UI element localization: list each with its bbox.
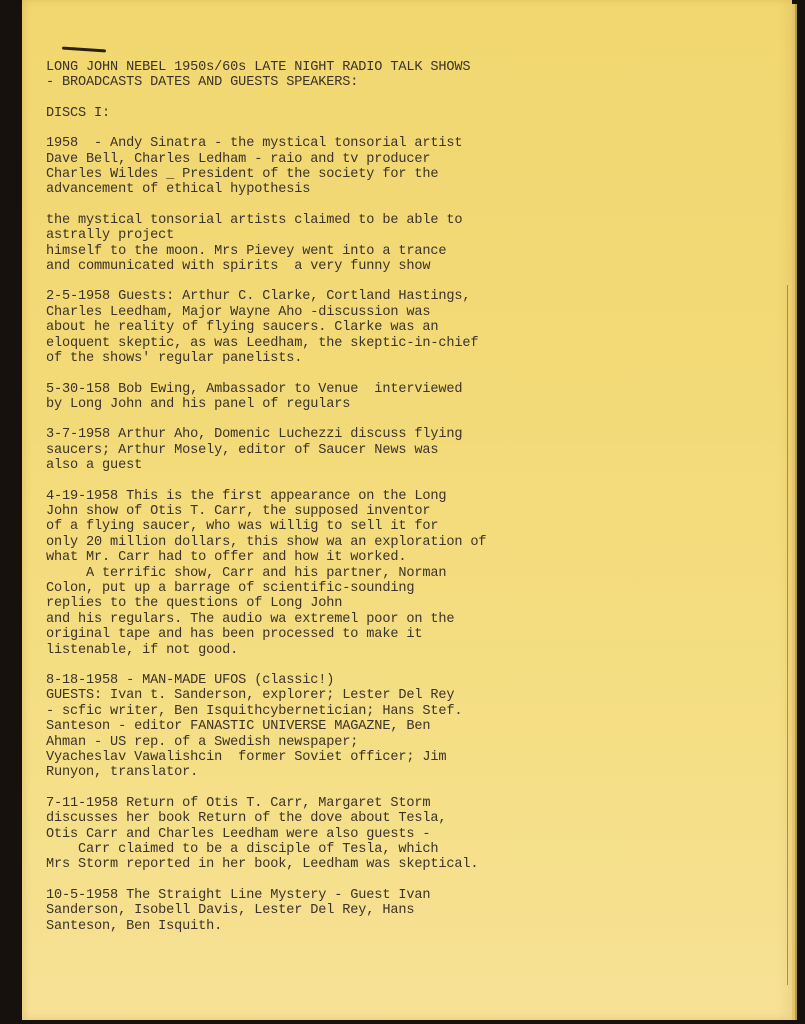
fold-crease	[787, 285, 788, 985]
entry-line: about he reality of flying saucers. Clar…	[46, 320, 746, 335]
entry-line: Vyacheslav Vawalishcin former Soviet off…	[46, 750, 746, 765]
broadcast-entry: 4-19-1958 This is the first appearance o…	[46, 489, 746, 658]
entry-line: A terrific show, Carr and his partner, N…	[46, 566, 746, 581]
entry-line: Carr claimed to be a disciple of Tesla, …	[46, 842, 746, 857]
entry-line: eloquent skeptic, as was Leedham, the sk…	[46, 336, 746, 351]
section-heading: DISCS I:	[46, 106, 746, 121]
title-line-2: - BROADCASTS DATES AND GUESTS SPEAKERS:	[46, 75, 746, 90]
entry-line: saucers; Arthur Mosely, editor of Saucer…	[46, 443, 746, 458]
entry-line: of a flying saucer, who was willig to se…	[46, 519, 746, 534]
entry-line: Santeson, Ben Isquith.	[46, 919, 746, 934]
entry-line: 2-5-1958 Guests: Arthur C. Clarke, Cortl…	[46, 289, 746, 304]
entry-line: Ahman - US rep. of a Swedish newspaper;	[46, 735, 746, 750]
entry-line: Charles Leedham, Major Wayne Aho -discus…	[46, 305, 746, 320]
entry-line: astrally project	[46, 228, 746, 243]
entry-line: Colon, put up a barrage of scientific-so…	[46, 581, 746, 596]
entry-line: himself to the moon. Mrs Pievey went int…	[46, 244, 746, 259]
entry-line: Sanderson, Isobell Davis, Lester Del Rey…	[46, 903, 746, 918]
entry-line: 1958 - Andy Sinatra - the mystical tonso…	[46, 136, 746, 151]
broadcast-entry: 7-11-1958 Return of Otis T. Carr, Margar…	[46, 796, 746, 873]
broadcast-entry: 5-30-158 Bob Ewing, Ambassador to Venue …	[46, 382, 746, 413]
entry-line: - scfic writer, Ben Isquithcybernetician…	[46, 704, 746, 719]
broadcast-entry: 10-5-1958 The Straight Line Mystery - Gu…	[46, 888, 746, 934]
entry-line: the mystical tonsorial artists claimed t…	[46, 213, 746, 228]
broadcast-entry: 8-18-1958 - MAN-MADE UFOS (classic!)GUES…	[46, 673, 746, 781]
entry-line: listenable, if not good.	[46, 643, 746, 658]
entry-line: 10-5-1958 The Straight Line Mystery - Gu…	[46, 888, 746, 903]
entry-line: John show of Otis T. Carr, the supposed …	[46, 504, 746, 519]
photo-scene: LONG JOHN NEBEL 1950s/60s LATE NIGHT RAD…	[0, 0, 805, 1024]
entry-line: what Mr. Carr had to offer and how it wo…	[46, 550, 746, 565]
section-heading-block: DISCS I:	[46, 106, 746, 121]
entry-line: original tape and has been processed to …	[46, 627, 746, 642]
entry-line: replies to the questions of Long John	[46, 596, 746, 611]
entry-line: by Long John and his panel of regulars	[46, 397, 746, 412]
title-line-1: LONG JOHN NEBEL 1950s/60s LATE NIGHT RAD…	[46, 60, 746, 75]
entry-line: only 20 million dollars, this show wa an…	[46, 535, 746, 550]
document-header: LONG JOHN NEBEL 1950s/60s LATE NIGHT RAD…	[46, 60, 746, 91]
entry-line: Dave Bell, Charles Ledham - raio and tv …	[46, 152, 746, 167]
entry-line: 4-19-1958 This is the first appearance o…	[46, 489, 746, 504]
entry-line: advancement of ethical hypothesis	[46, 182, 746, 197]
broadcast-entry: 1958 - Andy Sinatra - the mystical tonso…	[46, 136, 746, 198]
entries-list: 1958 - Andy Sinatra - the mystical tonso…	[46, 136, 746, 934]
entry-line: 5-30-158 Bob Ewing, Ambassador to Venue …	[46, 382, 746, 397]
entry-line: Charles Wildes _ President of the societ…	[46, 167, 746, 182]
entry-line: Otis Carr and Charles Leedham were also …	[46, 827, 746, 842]
entry-line: 7-11-1958 Return of Otis T. Carr, Margar…	[46, 796, 746, 811]
entry-line: Runyon, translator.	[46, 765, 746, 780]
entry-line: and his regulars. The audio wa extremel …	[46, 612, 746, 627]
entry-line: also a guest	[46, 458, 746, 473]
broadcast-entry: 3-7-1958 Arthur Aho, Domenic Luchezzi di…	[46, 427, 746, 473]
entry-line: 3-7-1958 Arthur Aho, Domenic Luchezzi di…	[46, 427, 746, 442]
entry-line: Mrs Storm reported in her book, Leedham …	[46, 857, 746, 872]
entry-line: and communicated with spirits a very fun…	[46, 259, 746, 274]
broadcast-entry: 2-5-1958 Guests: Arthur C. Clarke, Cortl…	[46, 289, 746, 366]
entry-line: discusses her book Return of the dove ab…	[46, 811, 746, 826]
entry-line: GUESTS: Ivan t. Sanderson, explorer; Les…	[46, 688, 746, 703]
entry-line: 8-18-1958 - MAN-MADE UFOS (classic!)	[46, 673, 746, 688]
typed-document: LONG JOHN NEBEL 1950s/60s LATE NIGHT RAD…	[46, 60, 746, 949]
broadcast-entry: the mystical tonsorial artists claimed t…	[46, 213, 746, 275]
entry-line: of the shows' regular panelists.	[46, 351, 746, 366]
entry-line: Santeson - editor FANASTIC UNIVERSE MAGA…	[46, 719, 746, 734]
